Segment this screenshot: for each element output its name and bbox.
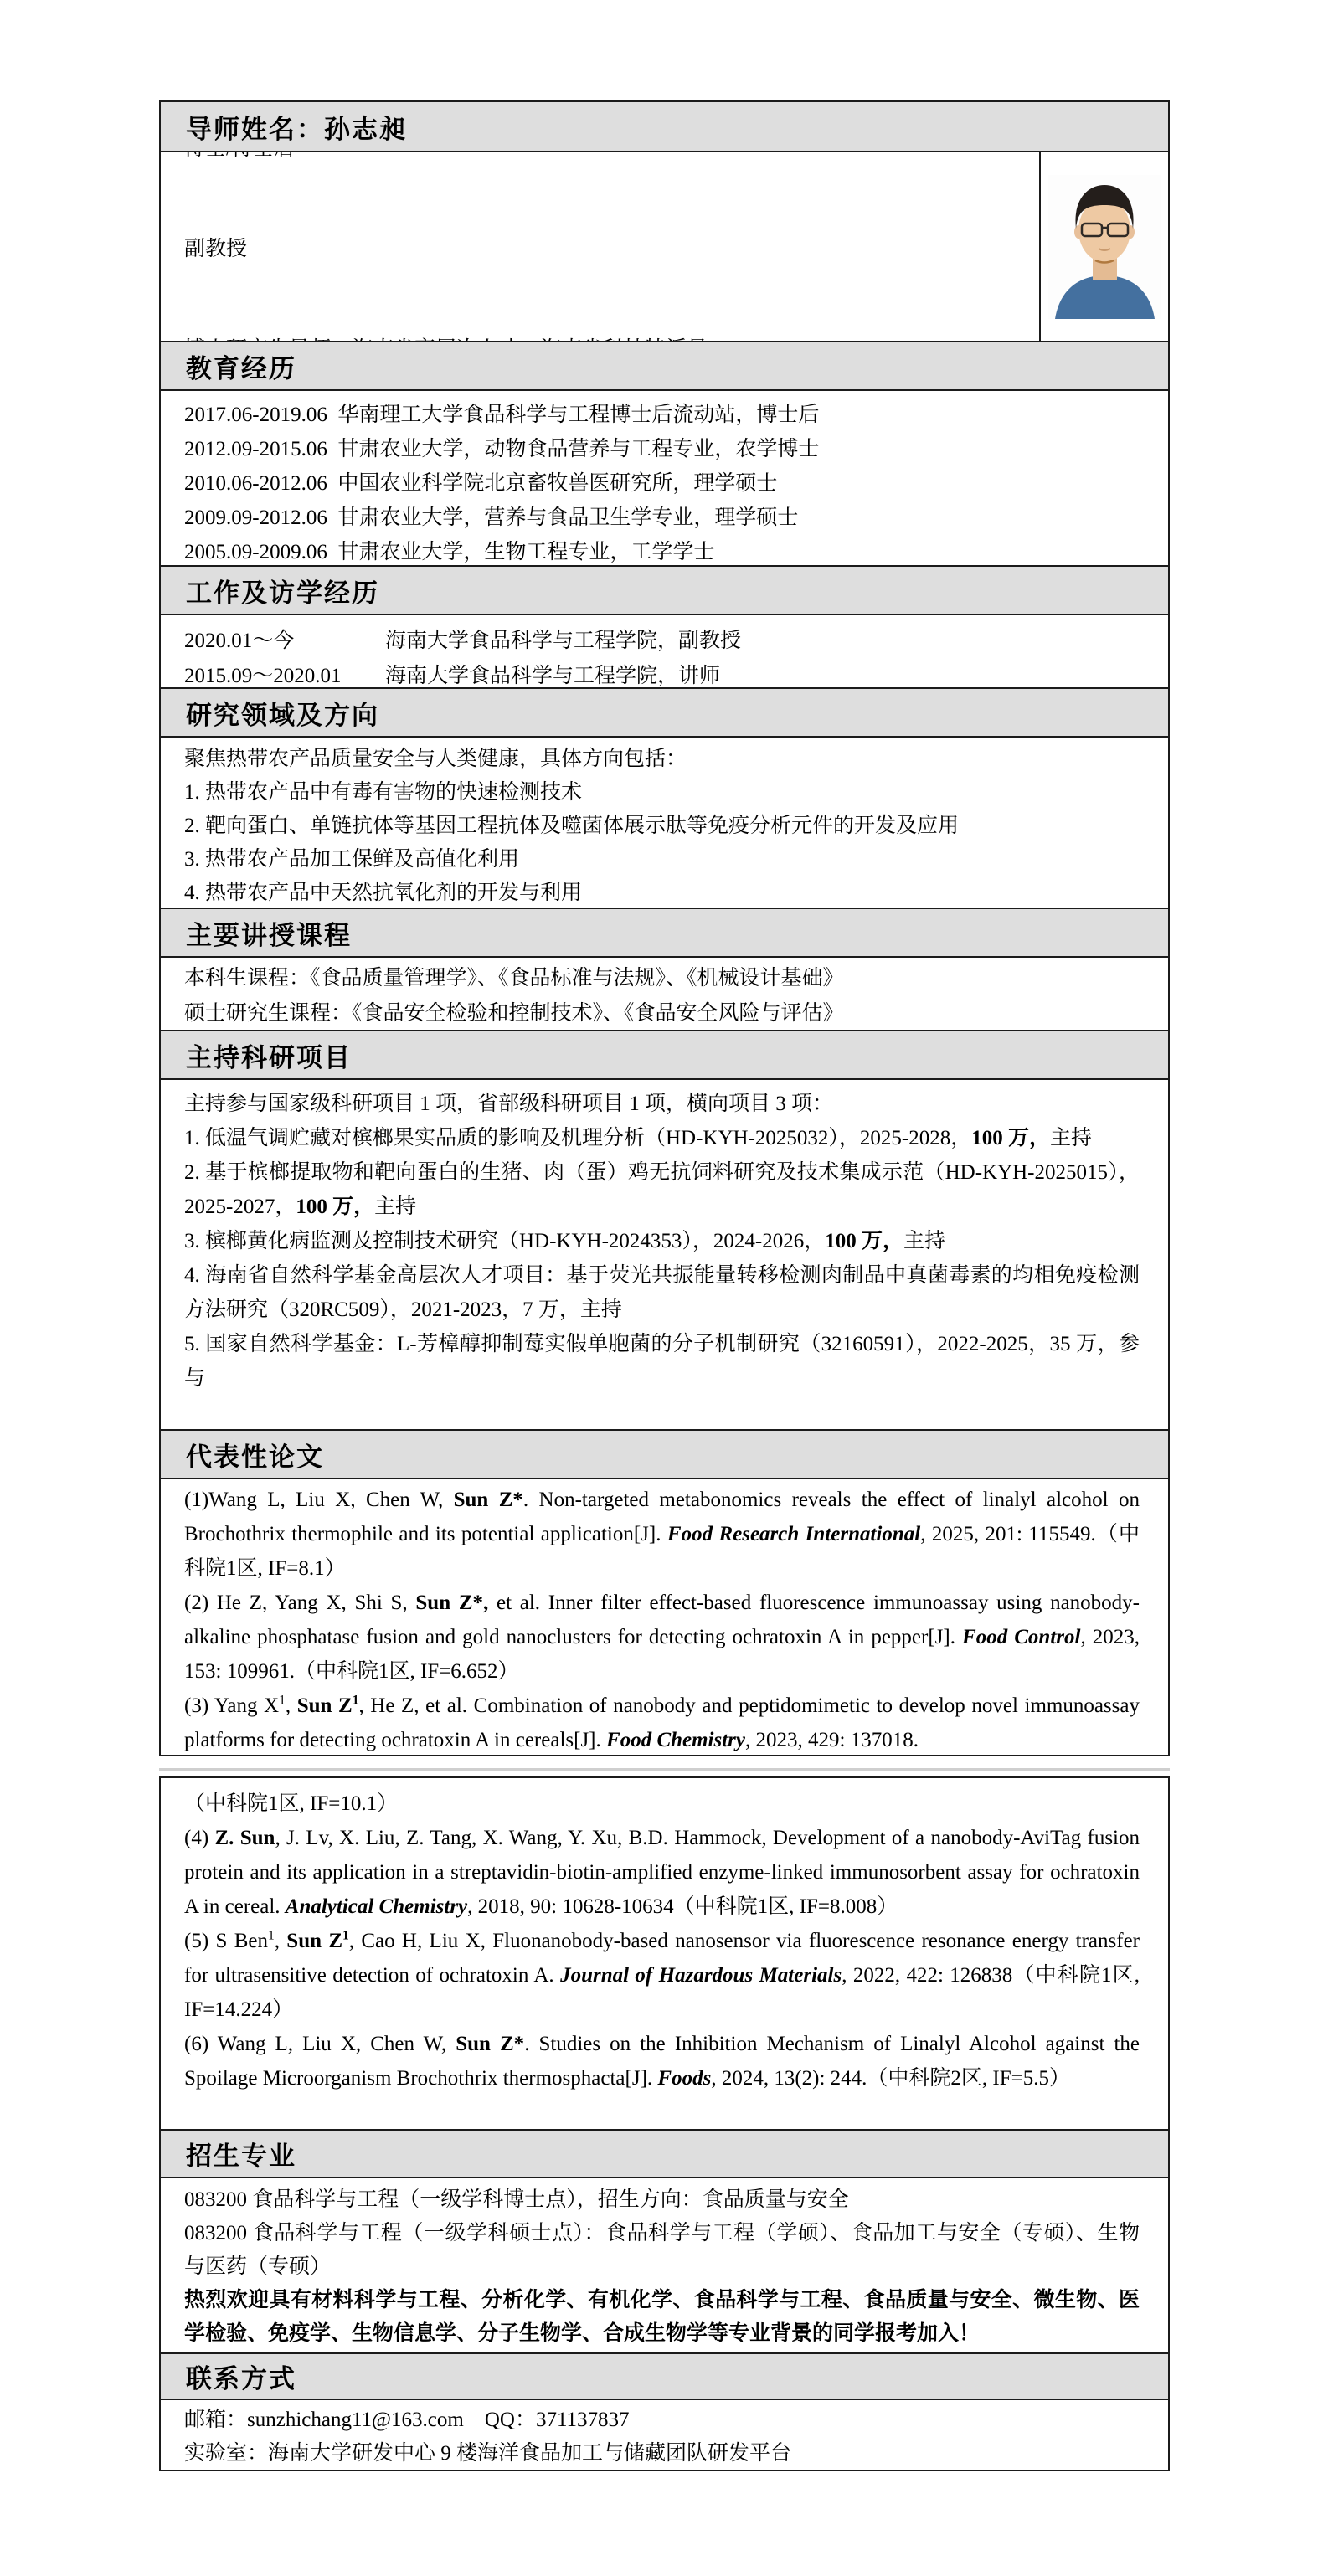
paper-item: (6) Wang L, Liu X, Chen W, Sun Z*. Studi… xyxy=(184,2027,1140,2095)
section-header-courses: 主要讲授课程 xyxy=(161,909,1168,958)
education-item: 2009.09-2012.06 甘肃农业大学，营养与食品卫生学专业，理学硕士 xyxy=(184,501,1140,535)
project-item: 2. 基于槟榔提取物和靶向蛋白的生猪、肉（蛋）鸡无抗饲料研究及技术集成示范（HD… xyxy=(184,1155,1140,1224)
research-item: 3. 热带农产品加工保鲜及高值化利用 xyxy=(184,843,1140,877)
work-detail: 海南大学食品科学与工程学院，讲师 xyxy=(385,665,720,687)
projects-intro: 主持参与国家级科研项目 1 项，省部级科研项目 1 项，横向项目 3 项： xyxy=(184,1087,1140,1121)
paper-item: (2) He Z, Yang X, Shi S, Sun Z*, et al. … xyxy=(184,1586,1140,1689)
section-header-papers: 代表性论文 xyxy=(161,1431,1168,1479)
research-item: 1. 热带农产品中有毒有害物的快速检测技术 xyxy=(184,776,1140,810)
profile-table-page2: （中科院1区, IF=10.1） (4) Z. Sun, J. Lv, X. L… xyxy=(159,1776,1170,2471)
document-page: 导师姓名：孙志昶 博士/博士后 副教授 博士研究生导师、海南省高层次人才、海南省… xyxy=(0,0,1328,2576)
admission-list: 083200 食品科学与工程（一级学科博士点），招生方向：食品质量与安全 083… xyxy=(161,2178,1168,2354)
page-break-separator xyxy=(159,1768,1170,1771)
admission-item: 083200 食品科学与工程（一级学科博士点），招生方向：食品质量与安全 xyxy=(184,2183,1140,2217)
admission-title: 招生专业 xyxy=(186,2135,296,2172)
project-item: 3. 槟榔黄化病监测及控制技术研究（HD-KYH-2024353），2024-2… xyxy=(184,1224,1140,1258)
profile-info-cell: 博士/博士后 副教授 博士研究生导师、海南省高层次人才、海南省科技特派员 xyxy=(161,152,1039,341)
papers-list-page1: (1)Wang L, Liu X, Chen W, Sun Z*. Non-ta… xyxy=(161,1479,1168,1755)
section-header-contact: 联系方式 xyxy=(161,2354,1168,2400)
section-header-research: 研究领域及方向 xyxy=(161,689,1168,738)
paper-item: (1)Wang L, Liu X, Chen W, Sun Z*. Non-ta… xyxy=(184,1483,1140,1586)
papers-list-page2: （中科院1区, IF=10.1） (4) Z. Sun, J. Lv, X. L… xyxy=(161,1778,1168,2131)
paper-item: (4) Z. Sun, J. Lv, X. Liu, Z. Tang, X. W… xyxy=(184,1821,1140,1924)
degree-line: 博士/博士后 xyxy=(184,152,1039,162)
profile-row: 博士/博士后 副教授 博士研究生导师、海南省高层次人才、海南省科技特派员 xyxy=(161,152,1168,342)
education-item: 2012.09-2015.06 甘肃农业大学，动物食品营养与工程专业，农学博士 xyxy=(184,432,1140,466)
courses-item: 硕士研究生课程：《食品安全检验和控制技术》、《食品安全风险与评估》 xyxy=(184,996,1140,1031)
work-item: 2015.09～2020.01海南大学食品科学与工程学院，讲师 xyxy=(184,659,1140,689)
work-period: 2015.09～2020.01 xyxy=(184,659,385,689)
research-list: 聚焦热带农产品质量安全与人类健康，具体方向包括： 1. 热带农产品中有毒有害物的… xyxy=(161,738,1168,909)
courses-list: 本科生课程：《食品质量管理学》、《食品标准与法规》、《机械设计基础》 硕士研究生… xyxy=(161,958,1168,1031)
work-title: 工作及访学经历 xyxy=(186,572,379,609)
education-item: 2005.09-2009.06 甘肃农业大学，生物工程专业，工学学士 xyxy=(184,535,1140,567)
photo-cell xyxy=(1039,152,1168,341)
contact-list: 邮箱：sunzhichang11@163.com QQ：371137837 实验… xyxy=(161,2400,1168,2470)
projects-list: 主持参与国家级科研项目 1 项，省部级科研项目 1 项，横向项目 3 项： 1.… xyxy=(161,1080,1168,1431)
advisor-name-title: 导师姓名：孙志昶 xyxy=(186,108,407,146)
contact-email-line: 邮箱：sunzhichang11@163.com QQ：371137837 xyxy=(184,2404,1140,2437)
section-header-work: 工作及访学经历 xyxy=(161,567,1168,615)
education-title: 教育经历 xyxy=(186,347,296,385)
contact-lab-line: 实验室：海南大学研发中心 9 楼海洋食品加工与储藏团队研发平台 xyxy=(184,2437,1140,2470)
project-item: 5. 国家自然科学基金：L-芳樟醇抑制莓实假单胞菌的分子机制研究（3216059… xyxy=(184,1327,1140,1396)
courses-title: 主要讲授课程 xyxy=(186,914,352,952)
project-item: 4. 海南省自然科学基金高层次人才项目：基于荧光共振能量转移检测肉制品中真菌毒素… xyxy=(184,1258,1140,1327)
work-item: 2020.01～今海南大学食品科学与工程学院，副教授 xyxy=(184,624,1140,659)
admission-item: 083200 食品科学与工程（一级学科硕士点）：食品科学与工程（学硕）、食品加工… xyxy=(184,2217,1140,2284)
research-item: 2. 靶向蛋白、单链抗体等基因工程抗体及噬菌体展示肽等免疫分析元件的开发及应用 xyxy=(184,810,1140,843)
work-detail: 海南大学食品科学与工程学院，副教授 xyxy=(385,630,741,652)
paper-item-continuation: （中科院1区, IF=10.1） xyxy=(184,1787,1140,1821)
education-item: 2010.06-2012.06 中国农业科学院北京畜牧兽医研究所，理学硕士 xyxy=(184,466,1140,501)
project-item: 1. 低温气调贮藏对槟榔果实品质的影响及机理分析（HD-KYH-2025032）… xyxy=(184,1121,1140,1155)
paper-item: (3) Yang X1, Sun Z1, He Z, et al. Combin… xyxy=(184,1689,1140,1755)
work-period: 2020.01～今 xyxy=(184,624,385,659)
research-item: 4. 热带农产品中天然抗氧化剂的开发与利用 xyxy=(184,877,1140,909)
section-header-education: 教育经历 xyxy=(161,342,1168,391)
profile-table-page1: 导师姓名：孙志昶 博士/博士后 副教授 博士研究生导师、海南省高层次人才、海南省… xyxy=(159,100,1170,1756)
work-list: 2020.01～今海南大学食品科学与工程学院，副教授 2015.09～2020.… xyxy=(161,615,1168,689)
contact-title: 联系方式 xyxy=(186,2357,296,2395)
title-line: 副教授 xyxy=(184,232,1039,262)
section-header-projects: 主持科研项目 xyxy=(161,1031,1168,1080)
projects-title: 主持科研项目 xyxy=(186,1036,352,1074)
honors-line: 博士研究生导师、海南省高层次人才、海南省科技特派员 xyxy=(184,332,1039,343)
education-list: 2017.06-2019.06 华南理工大学食品科学与工程博士后流动站，博士后 … xyxy=(161,391,1168,567)
education-item: 2017.06-2019.06 华南理工大学食品科学与工程博士后流动站，博士后 xyxy=(184,398,1140,432)
admission-welcome: 热烈欢迎具有材料科学与工程、分析化学、有机化学、食品科学与工程、食品质量与安全、… xyxy=(184,2284,1140,2351)
research-title: 研究领域及方向 xyxy=(186,694,379,732)
advisor-name-header: 导师姓名：孙志昶 xyxy=(161,102,1168,152)
papers-title: 代表性论文 xyxy=(186,1436,324,1473)
section-header-admission: 招生专业 xyxy=(161,2131,1168,2178)
portrait-photo xyxy=(1048,175,1161,319)
paper-item: (5) S Ben1, Sun Z1, Cao H, Liu X, Fluona… xyxy=(184,1924,1140,2027)
courses-item: 本科生课程：《食品质量管理学》、《食品标准与法规》、《机械设计基础》 xyxy=(184,961,1140,996)
research-intro: 聚焦热带农产品质量安全与人类健康，具体方向包括： xyxy=(184,743,1140,776)
